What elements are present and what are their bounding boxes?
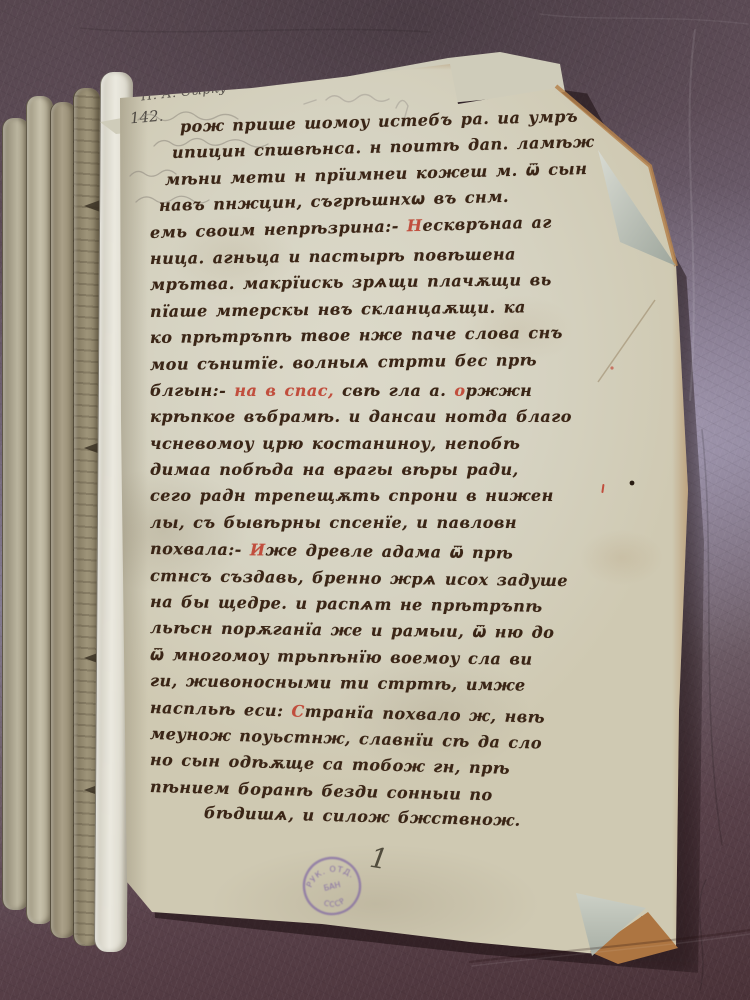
manuscript-line: сего радн трепещѫть спрони в нижен xyxy=(150,483,655,509)
rubric-segment: на в спас, xyxy=(234,381,342,400)
manuscript-line: крѣпкое въбрамѣ. и дансаи нотда благо xyxy=(150,404,655,430)
ink-segment: ржжн xyxy=(466,381,533,400)
ink-segment: но сын одѣѫще са тобож гн, прѣ xyxy=(150,750,511,778)
ink-segment: сего радн трепещѫть спрони в нижен xyxy=(150,486,554,505)
ink-segment: ѿ многомоу трьпѣнїю воемоу сла ви xyxy=(150,645,533,669)
ink-segment: транїа похвало ж, нвѣ xyxy=(305,701,546,726)
rubric-segment: И xyxy=(250,540,266,559)
quire-fold-strip xyxy=(26,96,53,924)
ink-segment: емь своим непрѣзрина:- xyxy=(150,216,407,242)
ink-segment: бѣдишѧ, и силож бжствнож. xyxy=(204,803,521,830)
manuscript-text: рож прише шомоу истебъ ра. иа умръипицин… xyxy=(150,114,655,827)
manuscript-line: чсневомоу црю костаниноу, непобѣ xyxy=(150,431,655,457)
manuscript-line: димаа побѣда на врагы вѣры ради, xyxy=(150,457,655,483)
manuscript-line: блгын:- на в спас, свѣ гла а. оржжн xyxy=(150,378,655,404)
ink-segment: наспльѣ еси: xyxy=(150,698,292,720)
ink-segment: льѣсн порѫганїа же и рамыи, ѿ ню до xyxy=(150,618,555,642)
rubric-segment: С xyxy=(291,701,305,720)
ink-segment: блгын:- xyxy=(150,381,234,400)
manuscript-line: лы, съ бывѣрны спсенїе, и павловн xyxy=(150,510,655,536)
ink-segment: ко прѣтръпѣ твое нже паче слова снъ xyxy=(150,323,563,347)
ink-segment: крѣпкое въбрамѣ. и дансаи нотда благо xyxy=(150,407,572,426)
ink-segment: свѣ гла а. xyxy=(342,381,454,400)
manuscript-photo: Собранiе П. А. Сырку 142. рож прише шомо… xyxy=(0,0,750,1000)
ink-segment: чсневомоу црю костаниноу, непобѣ xyxy=(150,434,520,453)
quire-fold-strip xyxy=(2,118,29,910)
ink-segment: пїаше мтерскы нвъ скланцаѫщи. ка xyxy=(150,297,526,321)
rubric-segment: Н xyxy=(407,215,423,234)
ink-segment: навъ пнжцин, съгрѣшнхѡ въ снм. xyxy=(159,187,509,215)
ink-segment: мрътва. макрїискь зрѧщи плачѫщи вь xyxy=(150,270,552,294)
stamp-center-text: БАН xyxy=(323,880,342,893)
ink-segment: ги, живоносными ти стртѣ, имже xyxy=(150,671,526,695)
parchment-leaf: Собранiе П. А. Сырку 142. рож прише шомо… xyxy=(118,56,690,968)
library-stamp: РУК. ОТД. БАН СССР xyxy=(293,847,371,925)
ink-segment: димаа побѣда на врагы вѣры ради, xyxy=(150,460,519,479)
ink-segment: лы, съ бывѣрны спсенїе, и павловн xyxy=(150,513,517,532)
manuscript-line: мои сънитїе. волныѧ стрти бес прѣ xyxy=(150,345,655,378)
ink-segment: же древле адама ѿ прѣ xyxy=(265,541,513,563)
svg-text:СССР: СССР xyxy=(321,893,348,911)
ink-segment: пѣнием боранѣ безди сонныи по xyxy=(150,777,493,804)
stamp-arc-bottom: СССР xyxy=(321,893,348,911)
ink-segment: ескврънаа аг xyxy=(422,212,552,234)
ink-segment: похвала:- xyxy=(150,539,250,559)
ink-segment: на бы щедре. и распѧт не прѣтръпѣ xyxy=(150,592,543,616)
ink-segment: мои сънитїе. волныѧ стрти бес прѣ xyxy=(150,350,537,374)
ink-segment: стнсъ създавь, бренно жрѧ исох задуше xyxy=(150,566,568,590)
folio-number: 1 xyxy=(368,841,391,876)
rubric-segment: о xyxy=(454,381,465,400)
ink-segment: ница. агньца и пастырѣ повѣшена xyxy=(150,244,516,267)
